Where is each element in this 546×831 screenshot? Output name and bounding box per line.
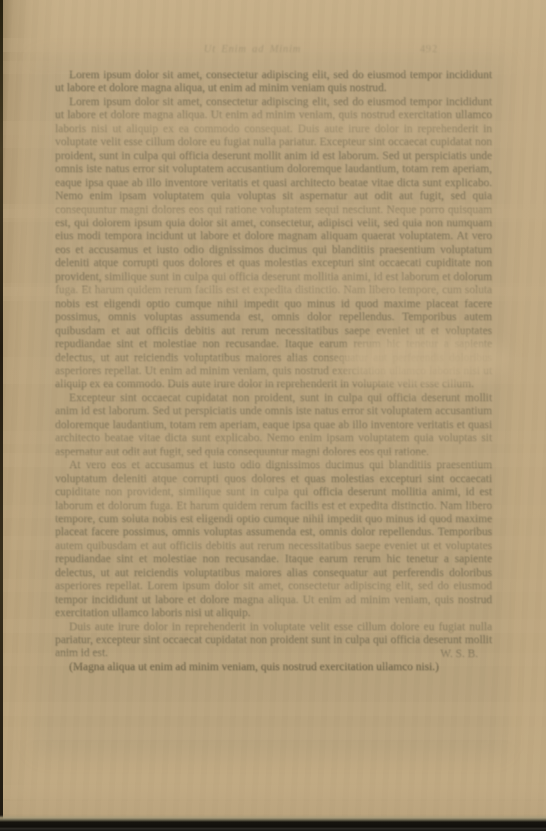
scanned-book-page: Ut Enim ad Minim 492 Lorem ipsum dolor s… xyxy=(0,0,546,831)
paragraph: Lorem ipsum dolor sit amet, consectetur … xyxy=(55,69,492,96)
footnote: (Magna aliqua ut enim ad minim veniam, q… xyxy=(55,661,492,674)
fade-smudge xyxy=(240,586,480,606)
running-title: Ut Enim ad Minim xyxy=(34,44,471,55)
page-header: Ut Enim ad Minim 492 xyxy=(55,44,492,57)
fade-smudge xyxy=(60,480,310,506)
fade-smudge xyxy=(90,268,470,288)
page-number: 492 xyxy=(420,44,438,55)
attribution-line: W. S. B. xyxy=(55,648,492,661)
fade-smudge xyxy=(338,334,513,384)
page-bottom-edge xyxy=(0,815,546,831)
fade-smudge xyxy=(70,112,470,134)
binding-gutter-edge xyxy=(0,0,3,831)
attribution: W. S. B. xyxy=(440,648,478,660)
paragraph: Excepteur sint occaecat cupidatat non pr… xyxy=(55,392,492,459)
